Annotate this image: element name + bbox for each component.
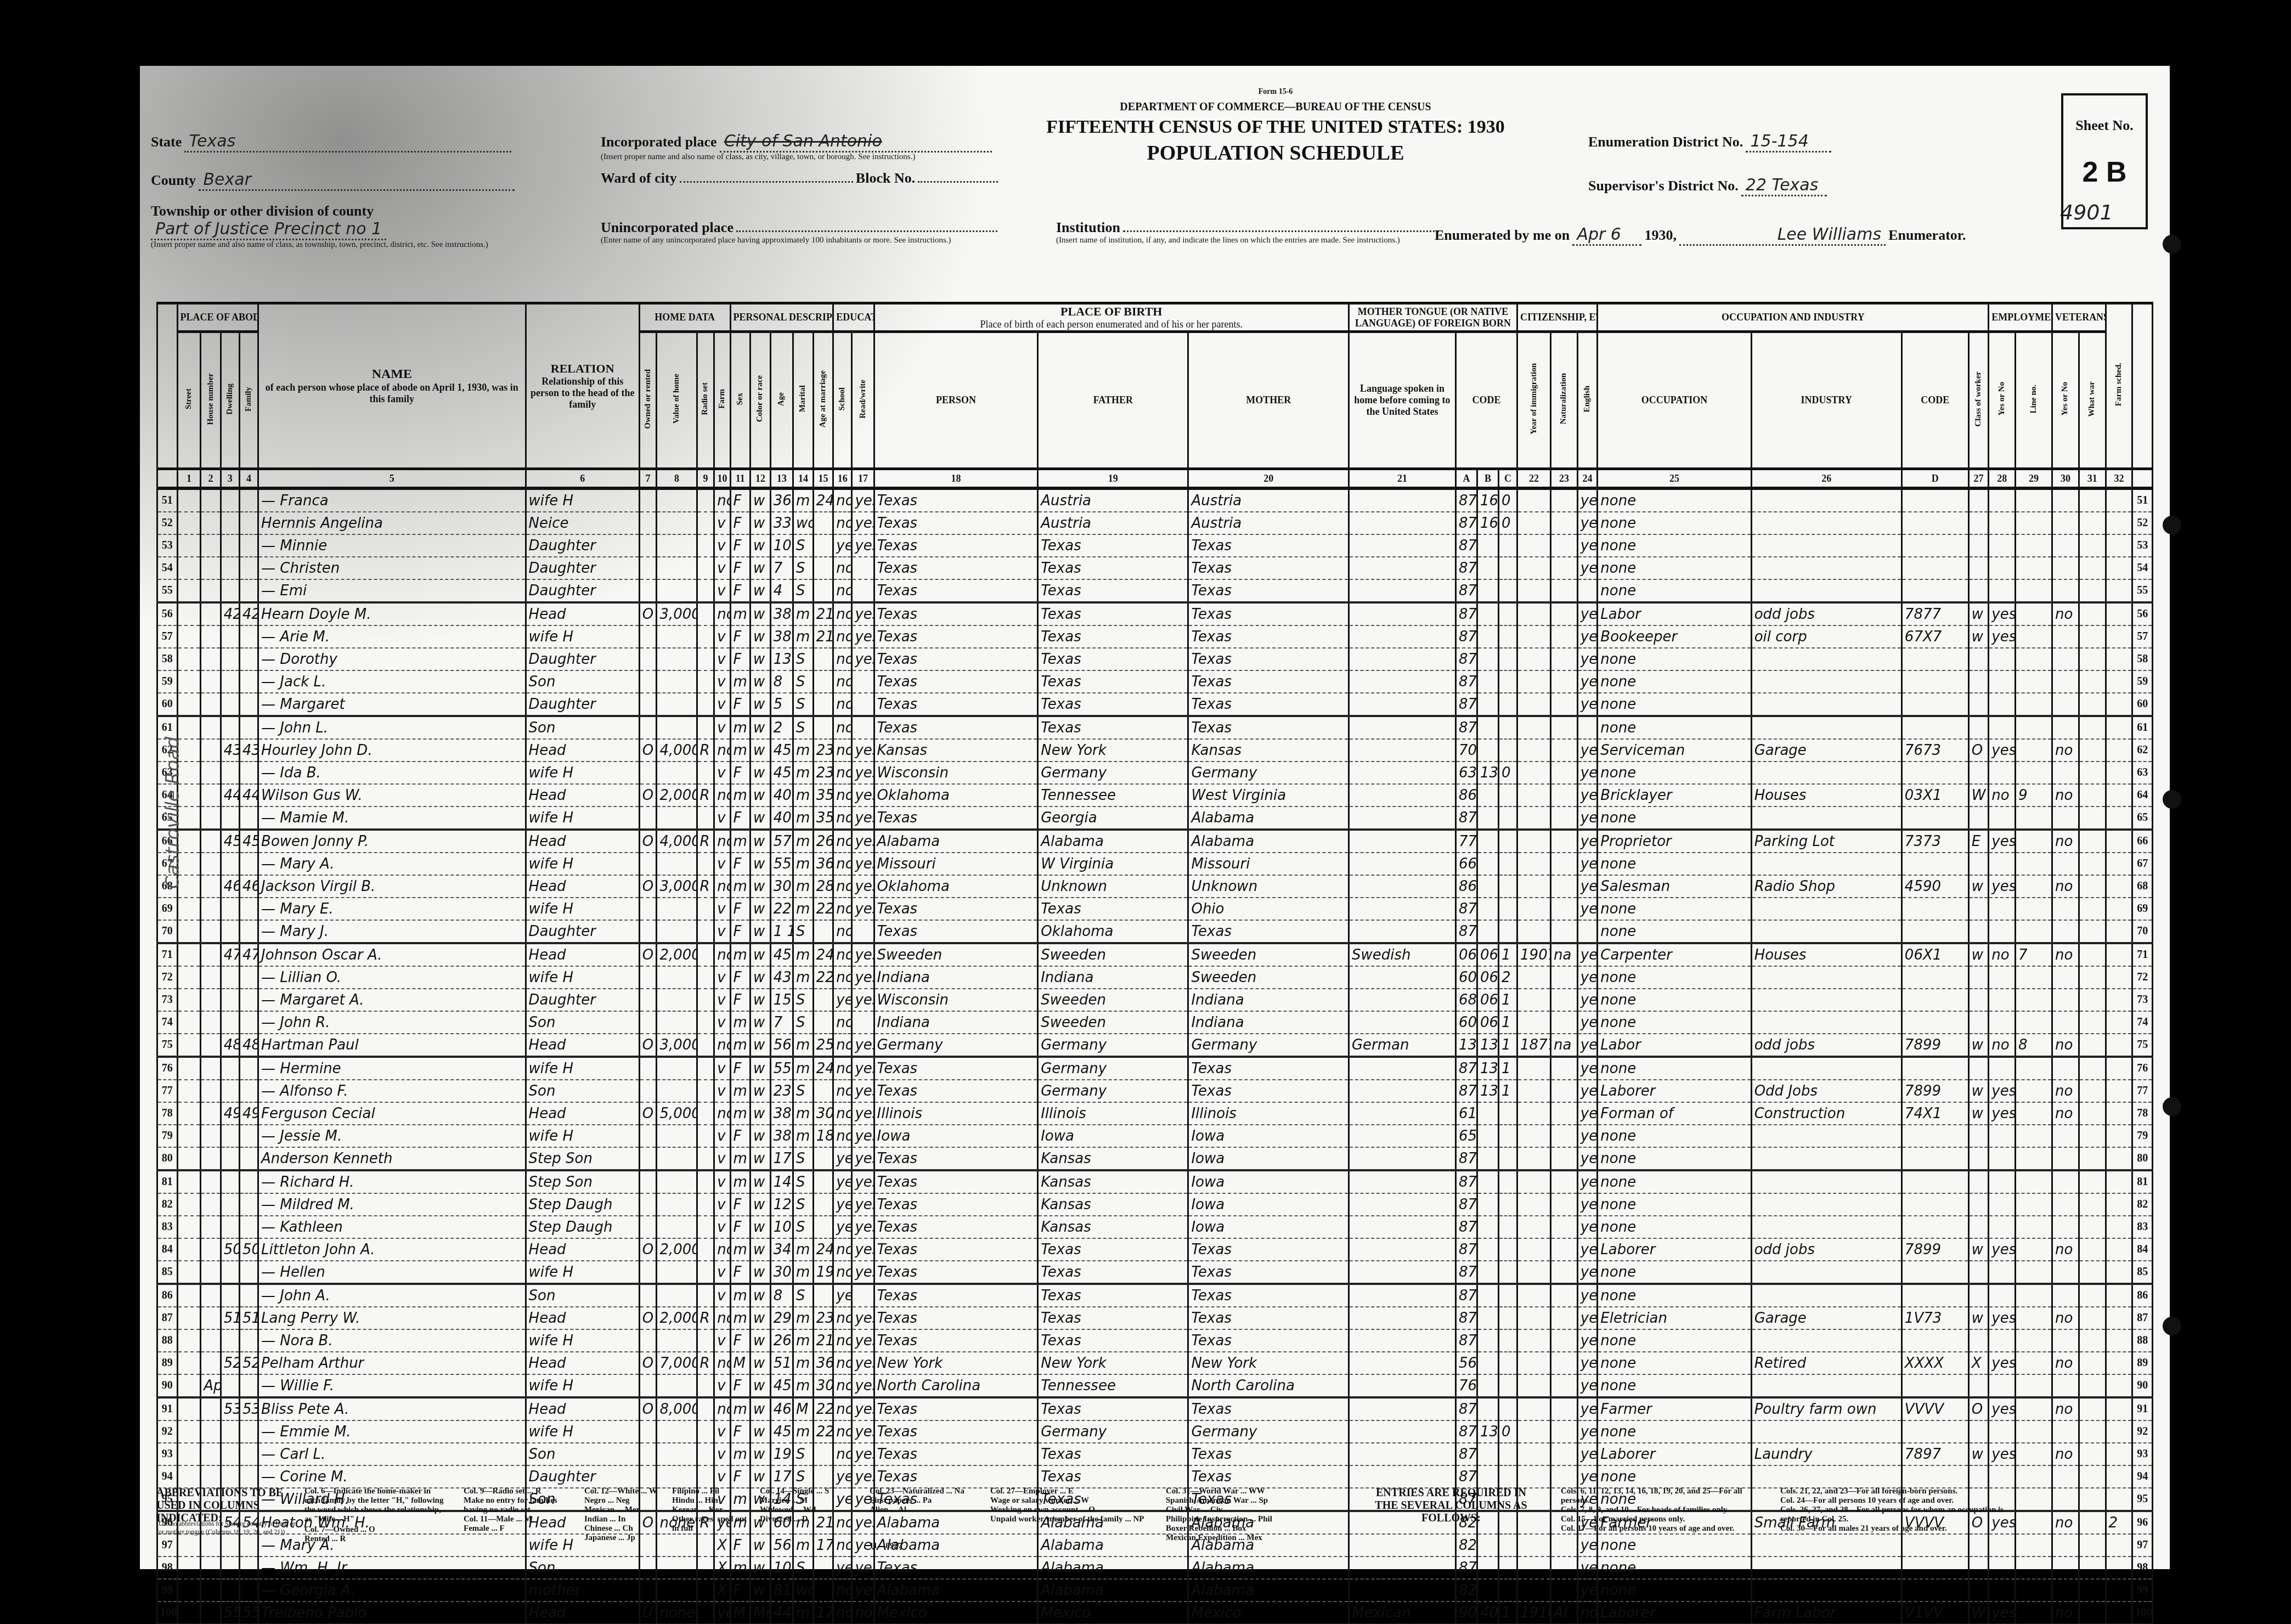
cell-race: w — [751, 1579, 771, 1602]
cell-cls — [1968, 853, 1989, 875]
cell-lang — [1348, 670, 1455, 693]
table-row: 55— EmiDaughtervFw4SnoTexasTexasTexas87n… — [157, 579, 2153, 602]
cell-cb: 13 — [1477, 762, 1498, 784]
cell-age: 45 — [770, 1420, 793, 1443]
cell-agem: 30 — [813, 1102, 833, 1125]
cell-cb: 13 — [1477, 1420, 1498, 1443]
column-number: 6 — [526, 469, 639, 489]
cell-cb: 13 — [1477, 1034, 1498, 1057]
cell-nat — [1551, 989, 1578, 1011]
cell-agem — [813, 989, 833, 1011]
cell-bpm: Austria — [1188, 488, 1349, 512]
cell-house — [201, 1102, 221, 1125]
cell-dwell — [221, 1261, 239, 1284]
cell-ca: 60 — [1455, 1011, 1477, 1034]
cell-val — [657, 1420, 697, 1443]
cell-ind: odd jobs — [1751, 602, 1901, 625]
cell-cc — [1498, 579, 1517, 602]
table-row: 664545Bowen Jonny P.HeadO4,000Rnomw57m26… — [157, 830, 2153, 853]
cell-eng: yes — [1577, 557, 1598, 579]
cell-cb — [1477, 1397, 1498, 1420]
cell-sex: F — [730, 807, 751, 830]
cell-mar: m — [793, 943, 814, 966]
cell-war — [2079, 1352, 2106, 1374]
cell-vet — [2052, 762, 2079, 784]
cell-own — [639, 488, 657, 512]
cell-own — [639, 670, 657, 693]
cell-sex: m — [730, 602, 751, 625]
cell-race: w — [751, 1216, 771, 1238]
cell-fam — [239, 762, 258, 784]
cell-street — [177, 1216, 201, 1238]
cell-rel: wife H — [526, 488, 639, 512]
cell-ind — [1751, 1125, 1901, 1147]
cell-eng: yes — [1577, 1579, 1598, 1602]
cell-code: V1VV — [1901, 1602, 1968, 1624]
cell-own — [639, 625, 657, 648]
column-number: A — [1455, 469, 1477, 489]
cell-sex: F — [730, 1329, 751, 1352]
cell-read: yes — [852, 1057, 874, 1080]
cell-bpf: Texas — [1038, 1284, 1188, 1307]
cell-eng: yes — [1577, 853, 1598, 875]
cell-bpf: Texas — [1038, 1261, 1188, 1284]
table-row: 51— Francawife HnoFw36m24noyesTexasAustr… — [157, 488, 2153, 512]
cell-race: w — [751, 875, 771, 898]
cell-cc — [1498, 1147, 1517, 1170]
cell-agem: 36 — [813, 853, 833, 875]
cell-agem: 30 — [813, 1374, 833, 1397]
cell-nat — [1551, 898, 1578, 920]
cell-race: w — [751, 989, 771, 1011]
cell-fam — [239, 1284, 258, 1307]
cell-radio: R — [697, 1352, 714, 1374]
line-number: 72 — [157, 966, 178, 989]
cell-street — [177, 1057, 201, 1080]
cell-mar: S — [793, 920, 814, 943]
cell-farm: v — [714, 1080, 730, 1102]
cell-war — [2079, 579, 2106, 602]
cell-nat — [1551, 693, 1578, 716]
cell-farm: v — [714, 534, 730, 557]
cell-dwell — [221, 1125, 239, 1147]
cell-war — [2079, 1193, 2106, 1216]
cell-cls — [1968, 920, 1989, 943]
cell-vet — [2052, 1125, 2079, 1147]
cell-ind — [1751, 989, 1901, 1011]
cell-fs — [2106, 488, 2132, 512]
cell-age: 12 — [770, 1193, 793, 1216]
table-row: 754848Hartman PaulHeadO3,000nomw56m25noy… — [157, 1034, 2153, 1057]
cell-ca: 87 — [1455, 602, 1477, 625]
cell-cb — [1477, 693, 1498, 716]
cell-fs — [2106, 1579, 2132, 1602]
cell-lang — [1348, 898, 1455, 920]
cell-mar: m — [793, 1057, 814, 1080]
cell-cc — [1498, 1125, 1517, 1147]
cell-fam — [239, 1443, 258, 1465]
cell-name: — Mamie M. — [258, 807, 526, 830]
group-citizenship: CITIZENSHIP, ETC. — [1517, 303, 1598, 332]
cell-age: 38 — [770, 1125, 793, 1147]
cell-dwell — [221, 534, 239, 557]
cell-bp: Illinois — [874, 1102, 1038, 1125]
cell-street — [177, 1420, 201, 1443]
cell-bpm: Kansas — [1188, 739, 1349, 762]
cell-ca: 87 — [1455, 670, 1477, 693]
cell-code: 7673 — [1901, 739, 1968, 762]
cell-nat — [1551, 1443, 1578, 1465]
cell-nat — [1551, 1170, 1578, 1193]
cell-empl — [2016, 602, 2052, 625]
cell-fs — [2106, 1602, 2132, 1624]
cell-vet — [2052, 1374, 2079, 1397]
cell-age: 23 — [770, 1080, 793, 1102]
cell-dwell: 42 — [221, 602, 239, 625]
cell-bpf: Germany — [1038, 762, 1188, 784]
cell-code: 4590 — [1901, 875, 1968, 898]
cell-dwell — [221, 1420, 239, 1443]
cell-street — [177, 1374, 201, 1397]
cell-occ: none — [1598, 966, 1751, 989]
cell-code: 7899 — [1901, 1080, 1968, 1102]
cell-cls — [1968, 488, 1989, 512]
cell-ca: 87 — [1455, 625, 1477, 648]
table-row: 86— John A.Sonvmw8SyesTexasTexasTexas87y… — [157, 1284, 2153, 1307]
cell-bpm: Unknown — [1188, 875, 1349, 898]
cell-cb — [1477, 648, 1498, 670]
cell-val — [657, 807, 697, 830]
cell-race: w — [751, 739, 771, 762]
cell-imm — [1517, 1284, 1551, 1307]
cell-name: Hearn Doyle M. — [258, 602, 526, 625]
cell-farm: v — [714, 762, 730, 784]
cell-fam — [239, 1261, 258, 1284]
line-number-right: 56 — [2132, 602, 2153, 625]
table-row: 59— Jack L.Sonvmw8SnoTexasTexasTexas87ye… — [157, 670, 2153, 693]
cell-mar: m — [793, 625, 814, 648]
cell-occ: Laborer — [1598, 1602, 1751, 1624]
cell-bp: Texas — [874, 1261, 1038, 1284]
cell-code: 74X1 — [1901, 1102, 1968, 1125]
cell-race: w — [751, 1284, 771, 1307]
cell-house — [201, 1352, 221, 1374]
cell-dwell — [221, 488, 239, 512]
cell-fam — [239, 853, 258, 875]
cell-ca: 87 — [1455, 1307, 1477, 1329]
cell-mar: m — [793, 875, 814, 898]
cell-own — [639, 1057, 657, 1080]
cell-lang — [1348, 784, 1455, 807]
cell-eng: yes — [1577, 784, 1598, 807]
cell-dwell — [221, 853, 239, 875]
cell-street — [177, 966, 201, 989]
column-number: 28 — [1989, 469, 2016, 489]
cell-bp: Sweeden — [874, 943, 1038, 966]
cell-occ: none — [1598, 1261, 1751, 1284]
cell-eng: yes — [1577, 966, 1598, 989]
cell-nat — [1551, 1238, 1578, 1261]
cell-code — [1901, 898, 1968, 920]
cell-read — [852, 557, 874, 579]
column-number: 16 — [833, 469, 852, 489]
cell-agem: 26 — [813, 830, 833, 853]
cell-cb: 16 — [1477, 512, 1498, 534]
cell-empl — [2016, 1216, 2052, 1238]
cell-imm — [1517, 1216, 1551, 1238]
line-number: 52 — [157, 512, 178, 534]
table-row: 1005555Treibeno PabloHeadUnoneyesMMex44m… — [157, 1602, 2153, 1624]
cell-lang — [1348, 1147, 1455, 1170]
cell-agem: 25 — [813, 1034, 833, 1057]
cell-sch: no — [833, 648, 852, 670]
cell-read: yes — [852, 602, 874, 625]
cell-radio — [697, 1170, 714, 1193]
table-row: 73— Margaret A.DaughtervFw15SyesyesWisco… — [157, 989, 2153, 1011]
cell-fam — [239, 1193, 258, 1216]
table-row: 90Apr 7— Willie F.wife HvFw45m30noyesNor… — [157, 1374, 2153, 1397]
cell-cb — [1477, 1193, 1498, 1216]
cell-ind — [1751, 1170, 1901, 1193]
cell-age: 26 — [770, 1329, 793, 1352]
cell-cc — [1498, 875, 1517, 898]
cell-imm — [1517, 512, 1551, 534]
cell-sch: yes — [833, 1216, 852, 1238]
cell-name: Hartman Paul — [258, 1034, 526, 1057]
cell-farm: v — [714, 1193, 730, 1216]
column-number: B — [1477, 469, 1498, 489]
line-number-right: 58 — [2132, 648, 2153, 670]
cell-cc — [1498, 807, 1517, 830]
cell-own: O — [639, 943, 657, 966]
cell-dwell — [221, 1057, 239, 1080]
cell-imm: 1910 — [1517, 1602, 1551, 1624]
cell-rel: Head — [526, 784, 639, 807]
cell-read: yes — [852, 943, 874, 966]
line-number: 76 — [157, 1057, 178, 1080]
cell-fs — [2106, 1125, 2132, 1147]
cell-farm: v — [714, 1374, 730, 1397]
cell-rel: mother — [526, 1579, 639, 1602]
cell-nat — [1551, 784, 1578, 807]
cell-cb: 40 — [1477, 1602, 1498, 1624]
cell-sex: m — [730, 670, 751, 693]
cell-emp — [1989, 807, 2016, 830]
line-number-right: 89 — [2132, 1352, 2153, 1374]
cell-fam: 55 — [239, 1602, 258, 1624]
cell-bpf: Alabama — [1038, 830, 1188, 853]
cell-sex: m — [730, 1443, 751, 1465]
cell-read — [852, 1011, 874, 1034]
cell-own — [639, 1216, 657, 1238]
cell-farm: X — [714, 1579, 730, 1602]
cell-lang — [1348, 1261, 1455, 1284]
cell-emp — [1989, 693, 2016, 716]
cell-nat — [1551, 602, 1578, 625]
cell-vet — [2052, 1329, 2079, 1352]
cell-own — [639, 512, 657, 534]
cell-mar: m — [793, 898, 814, 920]
cell-ca: 76 — [1455, 1374, 1477, 1397]
line-number: 70 — [157, 920, 178, 943]
cell-fs — [2106, 648, 2132, 670]
cell-bpf: Oklahoma — [1038, 920, 1188, 943]
cell-lang — [1348, 625, 1455, 648]
cell-bpm: Texas — [1188, 1284, 1349, 1307]
cell-radio — [697, 1147, 714, 1170]
cell-bpf: Germany — [1038, 1420, 1188, 1443]
cell-ind — [1751, 557, 1901, 579]
cell-occ: none — [1598, 579, 1751, 602]
cell-age: 29 — [770, 1307, 793, 1329]
cell-house — [201, 1080, 221, 1102]
cell-imm — [1517, 853, 1551, 875]
cell-radio — [697, 1420, 714, 1443]
cell-rel: wife H — [526, 1374, 639, 1397]
cell-age: 51 — [770, 1352, 793, 1374]
cell-street — [177, 693, 201, 716]
cell-cc — [1498, 716, 1517, 739]
cell-lang — [1348, 966, 1455, 989]
cell-rel: Son — [526, 716, 639, 739]
cell-bpf: Texas — [1038, 716, 1188, 739]
cell-code: VVVV — [1901, 1397, 1968, 1420]
unincorporated-field: Unincorporated place (Enter name of any … — [601, 219, 997, 245]
cell-rel: Step Daugh — [526, 1216, 639, 1238]
cell-war — [2079, 762, 2106, 784]
cell-eng: yes — [1577, 875, 1598, 898]
cell-cb — [1477, 807, 1498, 830]
cell-race: w — [751, 784, 771, 807]
column-number: 12 — [751, 469, 771, 489]
cell-nat — [1551, 1057, 1578, 1080]
column-number: 32 — [2106, 469, 2132, 489]
cell-bpf: Germany — [1038, 1080, 1188, 1102]
cell-cls: w — [1968, 1238, 1989, 1261]
cell-bp: Texas — [874, 602, 1038, 625]
cell-war — [2079, 989, 2106, 1011]
cell-imm — [1517, 648, 1551, 670]
cell-mar: S — [793, 716, 814, 739]
margin-note: Castroville Road — [162, 737, 184, 889]
table-row: 564242Hearn Doyle M.HeadO3,000nomw38m21n… — [157, 602, 2153, 625]
cell-read: yes — [852, 1420, 874, 1443]
line-number-right: 60 — [2132, 693, 2153, 716]
cell-radio — [697, 579, 714, 602]
cell-rel: Neice — [526, 512, 639, 534]
cell-mar: m — [793, 1238, 814, 1261]
cell-sex: F — [730, 1420, 751, 1443]
cell-street — [177, 716, 201, 739]
cell-bpm: Iowa — [1188, 1125, 1349, 1147]
cell-cc — [1498, 1443, 1517, 1465]
column-number: 10 — [714, 469, 730, 489]
form-title-block: Form 15-6 DEPARTMENT OF COMMERCE—BUREAU … — [1029, 88, 1522, 165]
enumerator-name: Lee Williams — [1679, 225, 1886, 246]
cell-sex: m — [730, 739, 751, 762]
cell-farm: v — [714, 579, 730, 602]
cell-cls — [1968, 989, 1989, 1011]
cell-mar: S — [793, 989, 814, 1011]
cell-house — [201, 1034, 221, 1057]
column-number: 31 — [2079, 469, 2106, 489]
cell-read — [852, 670, 874, 693]
cell-mar: S — [793, 670, 814, 693]
cell-war — [2079, 966, 2106, 989]
cell-house — [201, 716, 221, 739]
cell-vet — [2052, 625, 2079, 648]
cell-cls: W — [1968, 784, 1989, 807]
cell-code: 7899 — [1901, 1034, 1968, 1057]
cell-fs — [2106, 1397, 2132, 1420]
cell-bpf: Kansas — [1038, 1193, 1188, 1216]
cell-occ: none — [1598, 557, 1751, 579]
cell-cls — [1968, 579, 1989, 602]
cell-lang — [1348, 1374, 1455, 1397]
cell-vet: no — [2052, 602, 2079, 625]
cell-age: 7 — [770, 557, 793, 579]
cell-ca: 82 — [1455, 1579, 1477, 1602]
cell-sch: no — [833, 920, 852, 943]
cell-bp: Texas — [874, 1397, 1038, 1420]
cell-war — [2079, 807, 2106, 830]
cell-read: yes — [852, 1125, 874, 1147]
cell-vet — [2052, 488, 2079, 512]
cell-vet: no — [2052, 875, 2079, 898]
cell-emp — [1989, 1374, 2016, 1397]
table-row: 714747Johnson Oscar A.HeadO2,000nomw45m2… — [157, 943, 2153, 966]
cell-lang — [1348, 1080, 1455, 1102]
cell-eng: yes — [1577, 989, 1598, 1011]
cell-fam — [239, 1147, 258, 1170]
cell-vet — [2052, 1170, 2079, 1193]
cell-fs — [2106, 762, 2132, 784]
cell-house — [201, 1329, 221, 1352]
sheet-number: 2 B — [2063, 156, 2146, 189]
cell-fam — [239, 1579, 258, 1602]
cell-vet — [2052, 989, 2079, 1011]
cell-house — [201, 557, 221, 579]
cell-house — [201, 920, 221, 943]
cell-house — [201, 853, 221, 875]
cell-street — [177, 1307, 201, 1329]
cell-race: w — [751, 966, 771, 989]
cell-race: w — [751, 898, 771, 920]
table-row: 82— Mildred M.Step DaughvFw12SyesyesTexa… — [157, 1193, 2153, 1216]
cell-street — [177, 1284, 201, 1307]
cell-read: yes — [852, 807, 874, 830]
cell-empl — [2016, 534, 2052, 557]
cell-mar: m — [793, 1102, 814, 1125]
cell-house — [201, 943, 221, 966]
cell-cls — [1968, 807, 1989, 830]
cell-eng — [1577, 716, 1598, 739]
cell-val — [657, 1374, 697, 1397]
binder-hole — [2163, 790, 2181, 809]
cell-war — [2079, 488, 2106, 512]
cell-bpm: Texas — [1188, 579, 1349, 602]
group-place-of-birth: PLACE OF BIRTHPlace of birth of each per… — [874, 303, 1348, 332]
cell-cb — [1477, 1443, 1498, 1465]
cell-val — [657, 1216, 697, 1238]
cell-fs — [2106, 602, 2132, 625]
cell-emp — [1989, 488, 2016, 512]
cell-own — [639, 716, 657, 739]
cell-agem — [813, 557, 833, 579]
cell-war — [2079, 1216, 2106, 1238]
cell-empl — [2016, 1397, 2052, 1420]
line-number-right: 71 — [2132, 943, 2153, 966]
